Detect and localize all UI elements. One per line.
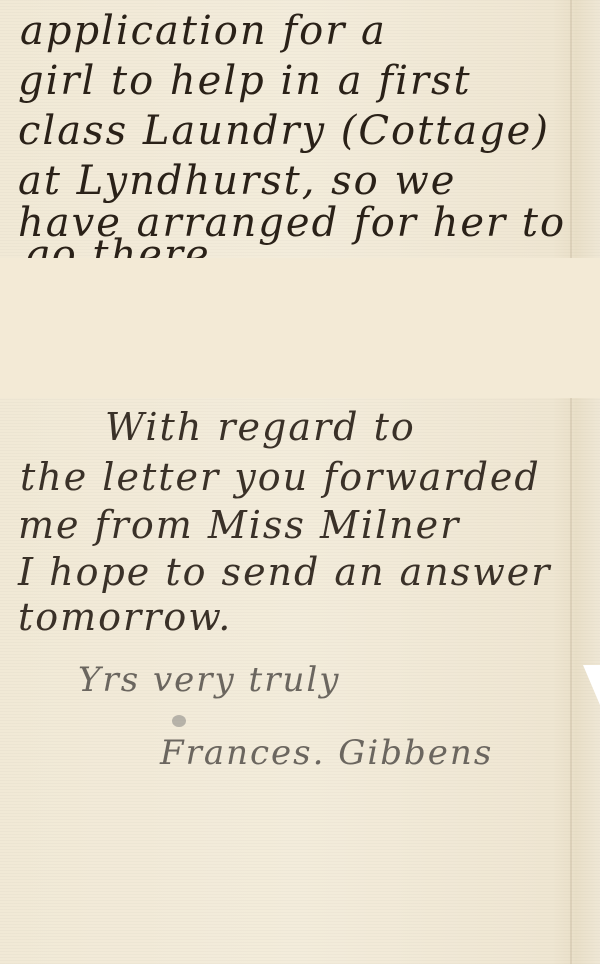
paper-tear [583,665,600,705]
redacted-band [0,258,600,398]
text-line: tomorrow. [18,595,232,639]
text-line: at Lyndhurst, so we [18,158,456,204]
text-line: class Laundry (Cottage) [18,108,550,154]
text-line: girl to help in a first [18,58,472,104]
letter-page: application for a girl to help in a firs… [0,0,600,964]
ink-blot [172,715,186,727]
text-line: With regard to [105,405,416,449]
text-line: application for a [20,8,387,54]
text-line: the letter you forwarded [20,455,541,499]
closing-line: Yrs very truly [78,660,340,700]
text-line: me from Miss Milner [18,503,460,547]
signature: Frances. Gibbens [160,733,493,773]
paper-fold [570,0,572,964]
text-line: I hope to send an answer [18,550,551,594]
